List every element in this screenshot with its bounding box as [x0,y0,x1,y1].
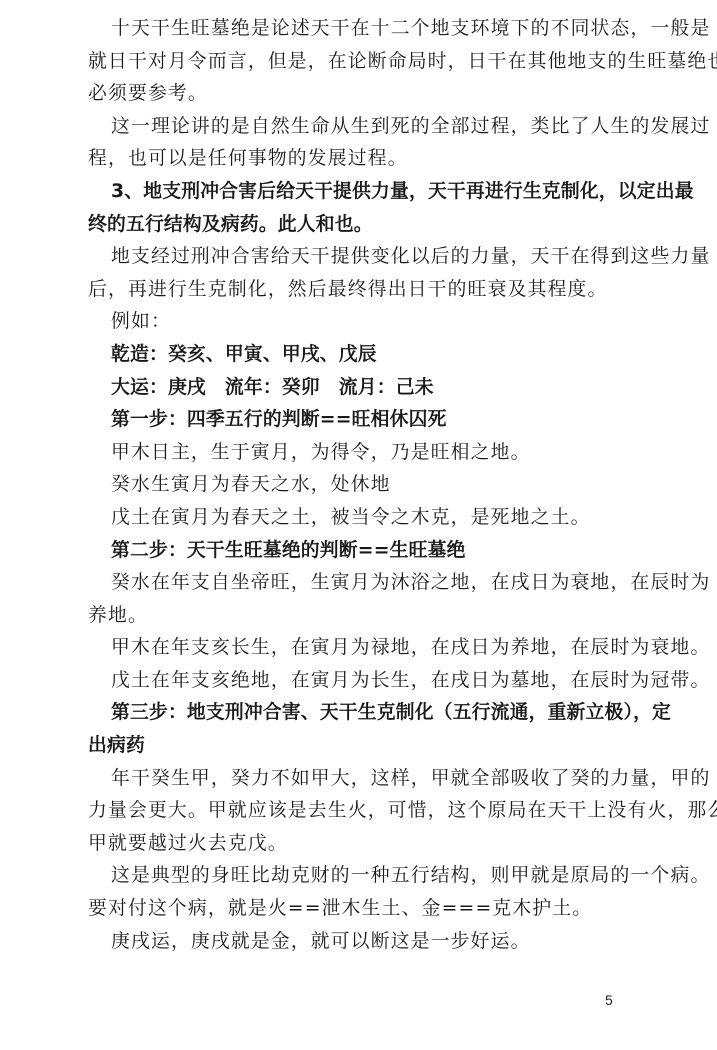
paragraph-line: 戊土在寅月为春天之土，被当令之木克，是死地之土。 [88,502,628,535]
paragraph-line: 年干癸生甲，癸力不如甲大，这样，甲就全部吸收了癸的力量，甲的 [88,763,628,796]
step-three-heading: 出病药 [88,730,628,763]
page-body-text: 十天干生旺墓绝是论述天干在十二个地支环境下的不同状态，一般是 就日干对月令而言，… [88,13,628,958]
page-number: 5 [605,992,613,1008]
paragraph-line: 十天干生旺墓绝是论述天干在十二个地支环境下的不同状态，一般是 [88,13,628,46]
example-label: 例如： [88,306,628,339]
paragraph-line: 必须要参考。 [88,78,628,111]
chart-pillars-line: 乾造：癸亥、甲寅、甲戌、戊辰 [88,339,628,372]
paragraph-line: 要对付这个病，就是火==泄木生土、金===克木护土。 [88,893,628,926]
paragraph-line: 地支经过刑冲合害给天干提供变化以后的力量，天干在得到这些力量 [88,241,628,274]
paragraph-line: 就日干对月令而言，但是，在论断命局时，日干在其他地支的生旺墓绝也 [88,46,628,79]
step-three-heading: 第三步：地支刑冲合害、天干生克制化（五行流通，重新立极），定 [88,697,628,730]
step-one-heading: 第一步：四季五行的判断==旺相休囚死 [88,404,628,437]
paragraph-line: 癸水在年支自坐帝旺，生寅月为沐浴之地，在戌日为衰地，在辰时为 [88,567,628,600]
paragraph-line: 后，再进行生克制化，然后最终得出日干的旺衰及其程度。 [88,274,628,307]
paragraph-line: 这是典型的身旺比劫克财的一种五行结构，则甲就是原局的一个病。 [88,860,628,893]
paragraph-line: 这一理论讲的是自然生命从生到死的全部过程，类比了人生的发展过 [88,111,628,144]
document-page: 十天干生旺墓绝是论述天干在十二个地支环境下的不同状态，一般是 就日干对月令而言，… [0,0,717,1050]
paragraph-line: 庚戌运，庚戌就是金，就可以断这是一步好运。 [88,926,628,959]
paragraph-line: 甲就要越过火去克戊。 [88,828,628,861]
paragraph-line: 甲木日主，生于寅月，为得令，乃是旺相之地。 [88,437,628,470]
paragraph-line: 力量会更大。甲就应该是去生火，可惜，这个原局在天干上没有火，那么 [88,795,628,828]
section-heading-line: 3、地支刑冲合害后给天干提供力量，天干再进行生克制化，以定出最 [88,176,628,209]
paragraph-line: 程，也可以是任何事物的发展过程。 [88,143,628,176]
paragraph-line: 癸水生寅月为春天之水，处休地 [88,469,628,502]
paragraph-line: 甲木在年支亥长生，在寅月为禄地，在戌日为养地，在辰时为衰地。 [88,632,628,665]
paragraph-line: 养地。 [88,600,628,633]
step-two-heading: 第二步：天干生旺墓绝的判断==生旺墓绝 [88,535,628,568]
paragraph-line: 戊土在年支亥绝地，在寅月为长生，在戌日为墓地，在辰时为冠带。 [88,665,628,698]
luck-cycle-line: 大运：庚戌 流年：癸卯 流月：己未 [88,372,628,405]
section-heading-line: 终的五行结构及病药。此人和也。 [88,209,628,242]
